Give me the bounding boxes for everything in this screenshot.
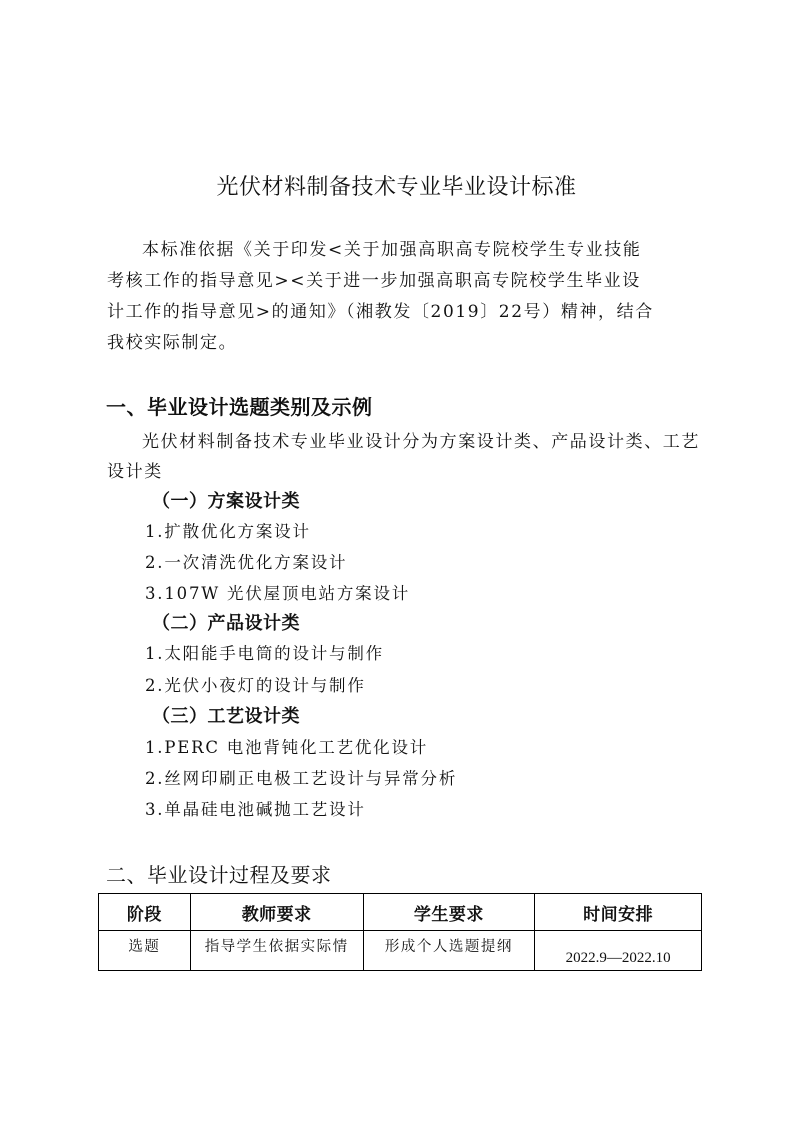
cell-teacher: 指导学生依据实际情 (190, 931, 363, 971)
list-item: 1.太阳能手电筒的设计与制作 (145, 640, 384, 664)
intro-line: 我校实际制定。 (107, 328, 237, 353)
category-heading-process: （三）工艺设计类 (152, 702, 300, 728)
list-item: 3.单晶硅电池碱抛工艺设计 (145, 796, 366, 820)
section2-heading: 二、毕业设计过程及要求 (106, 859, 332, 888)
table-header-row: 阶段 教师要求 学生要求 时间安排 (99, 894, 702, 931)
cell-student: 形成个人选题提纲 (363, 931, 535, 971)
list-item: 2.一次清洗优化方案设计 (145, 549, 347, 573)
process-table: 阶段 教师要求 学生要求 时间安排 选题 指导学生依据实际情 形成个人选题提纲 … (98, 893, 702, 971)
column-header-teacher: 教师要求 (190, 894, 363, 931)
column-header-schedule: 时间安排 (535, 894, 702, 931)
section1-desc-line: 光伏材料制备技术专业毕业设计分为方案设计类、产品设计类、工艺 (142, 427, 700, 452)
table-row: 选题 指导学生依据实际情 形成个人选题提纲 2022.9—2022.10 (99, 931, 702, 971)
intro-line: 计工作的指导意见>的通知》（湘教发〔2019〕22号）精神，结合 (107, 297, 654, 322)
list-item: 3.107W 光伏屋顶电站方案设计 (145, 580, 410, 604)
section1-desc-line: 设计类 (107, 457, 163, 482)
intro-line: 本标准依据《关于印发<关于加强高职高专院校学生专业技能 (142, 235, 641, 260)
column-header-stage: 阶段 (99, 894, 191, 931)
cell-schedule: 2022.9—2022.10 (535, 931, 702, 971)
category-heading-product: （二）产品设计类 (152, 609, 300, 635)
list-item: 1.扩散优化方案设计 (145, 518, 311, 542)
column-header-student: 学生要求 (363, 894, 535, 931)
list-item: 2.光伏小夜灯的设计与制作 (145, 672, 366, 696)
list-item: 2.丝网印刷正电极工艺设计与异常分析 (145, 765, 457, 789)
intro-line: 考核工作的指导意见><关于进一步加强高职高专院校学生毕业设 (107, 266, 641, 291)
document-title: 光伏材料制备技术专业毕业设计标准 (0, 170, 793, 201)
category-heading-scheme: （一）方案设计类 (152, 487, 300, 513)
list-item: 1.PERC 电池背钝化工艺优化设计 (145, 734, 428, 758)
section1-heading: 一、毕业设计选题类别及示例 (106, 391, 373, 420)
cell-stage: 选题 (99, 931, 191, 971)
